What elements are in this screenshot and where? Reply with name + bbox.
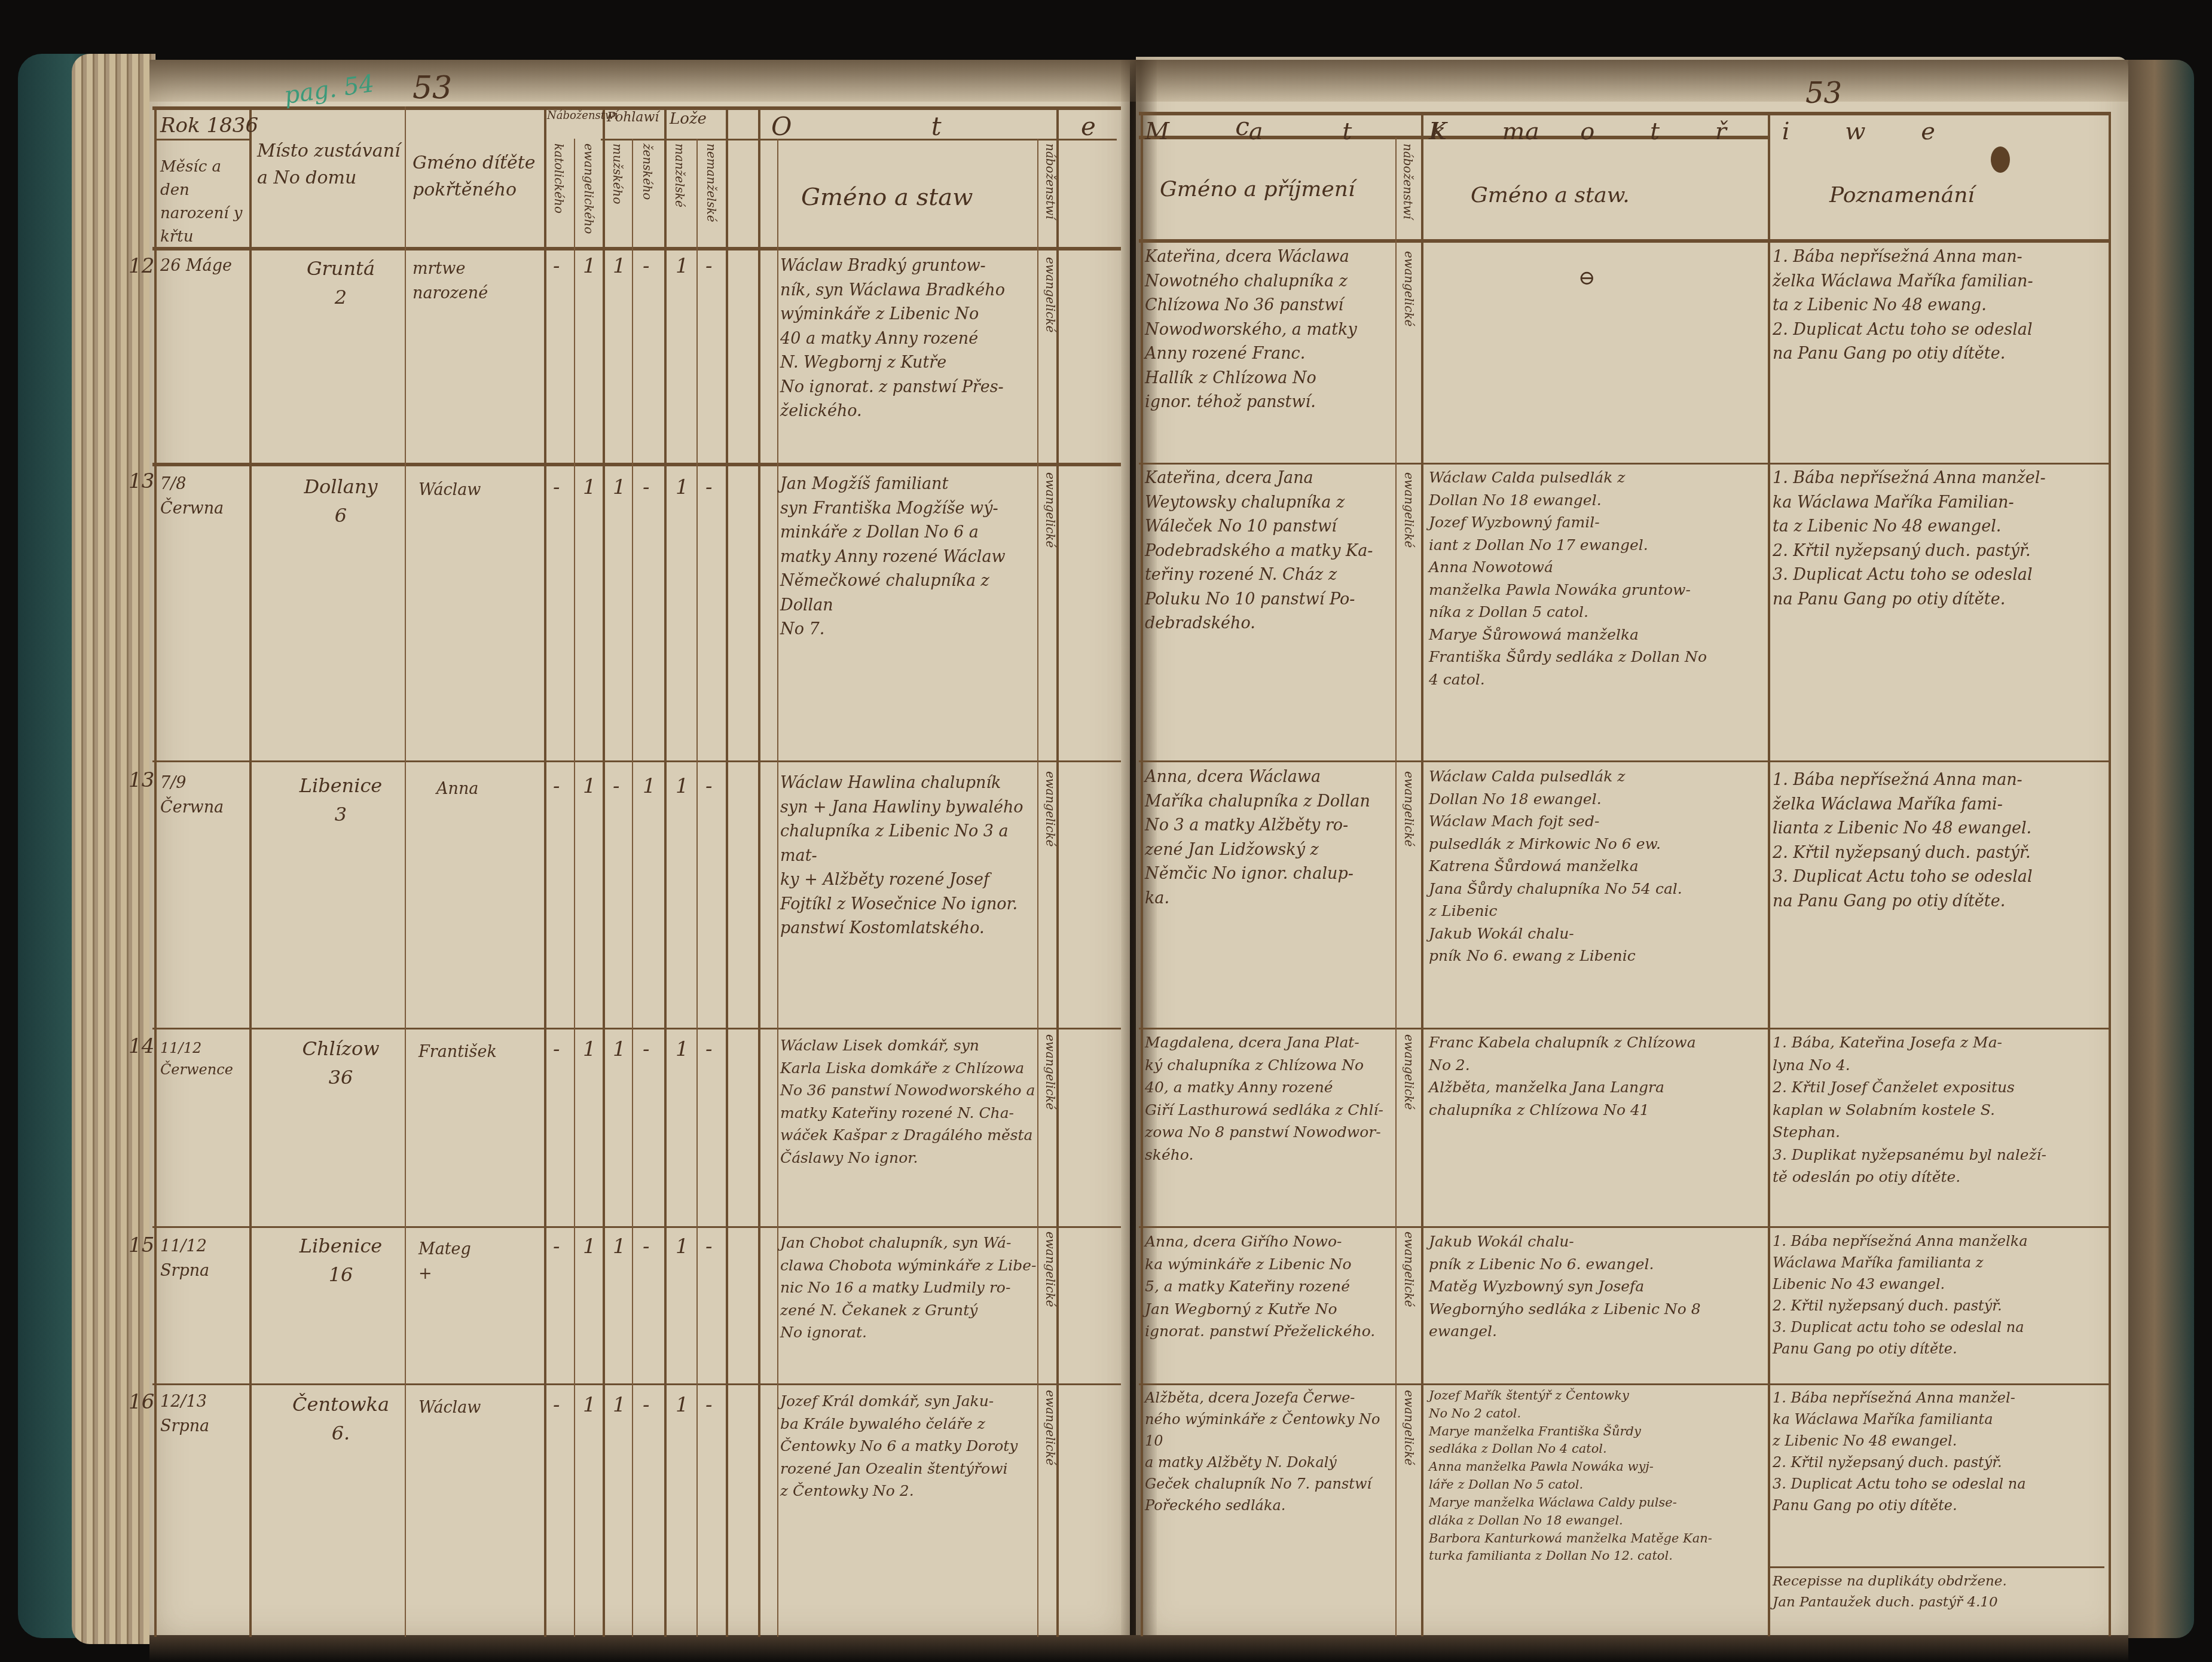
- godparents-entry: Wáclaw Calda pulsedlák z Dollan No 18 ew…: [1429, 466, 1764, 691]
- father-entry: Jozef Král domkář, syn Jaku- ba Krále by…: [780, 1390, 1037, 1502]
- father-entry: Jan Mogžíš familiant syn Františka Mogží…: [780, 472, 1037, 642]
- notes-entry: 1. Bába nepřísežná Anna manželka Wáclawa…: [1773, 1230, 2107, 1359]
- child-name: Anna: [436, 777, 538, 802]
- header-legitimacy: Lože: [670, 108, 707, 131]
- birth-date: 12/13 Srpna: [160, 1390, 247, 1438]
- child-name: František: [418, 1040, 538, 1065]
- tick-male: 1: [613, 472, 626, 503]
- birth-date: 26 Máge: [160, 254, 247, 279]
- bottom-edge: [149, 1635, 2128, 1662]
- godparents-entry: ⊖: [1578, 263, 1596, 294]
- tick-nonmarital: -: [705, 1034, 713, 1065]
- tick-marital: 1: [676, 1034, 689, 1065]
- header-legit-nonmarital: nemanželské: [702, 143, 720, 222]
- notes-entry: 1. Bába nepřísežná Anna manžel- ka Wácla…: [1773, 1387, 2107, 1516]
- tick-female: -: [643, 1390, 650, 1420]
- father-religion: ewangelické: [1041, 1232, 1059, 1307]
- header-sex-male: mužského: [609, 143, 627, 204]
- header-godparents-group: K m o t ř i w e: [1429, 114, 1959, 149]
- father-religion: ewangelické: [1041, 1034, 1059, 1110]
- tick-male: -: [613, 771, 620, 802]
- tick-evangelical: 1: [583, 771, 596, 802]
- book-cover-right: [2128, 60, 2194, 1638]
- mother-entry: Anna, dcera Giřího Nowo- ka wýminkáře z …: [1145, 1230, 1393, 1343]
- tick-evangelical: 1: [583, 472, 596, 503]
- tick-nonmarital: -: [705, 1232, 713, 1262]
- godparents-entry: Jakub Wokál chalu- pník z Libenic No 6. …: [1429, 1230, 1764, 1343]
- house-place: Dollany 6: [287, 472, 395, 530]
- tick-female: -: [643, 251, 650, 282]
- tick-catholic: -: [553, 1232, 560, 1262]
- tick-evangelical: 1: [583, 251, 596, 282]
- mother-religion: ewangelické: [1400, 1390, 1418, 1465]
- mother-entry: Alžběta, dcera Jozefa Čerwe- ného wýmink…: [1145, 1387, 1393, 1516]
- header-child: Gméno díťěte pokřtěného: [413, 149, 538, 203]
- entry-number: 13: [129, 466, 154, 497]
- tick-female: -: [643, 1034, 650, 1065]
- godparents-entry: Franc Kabela chalupník z Chlízowa No 2. …: [1429, 1031, 1764, 1121]
- mother-entry: Kateřina, dcera Jana Weytowsky chalupník…: [1145, 466, 1393, 636]
- entry-number: 15: [129, 1230, 154, 1261]
- tick-female: 1: [643, 771, 656, 802]
- house-place: Chlízow 36: [287, 1034, 395, 1092]
- tick-nonmarital: -: [705, 472, 713, 503]
- mother-entry: Magdalena, dcera Jana Plat- ký chalupník…: [1145, 1031, 1393, 1166]
- tick-marital: 1: [676, 771, 689, 802]
- entry-number: 16: [129, 1387, 154, 1417]
- mother-religion: ewangelické: [1400, 1232, 1418, 1307]
- tick-male: 1: [613, 251, 626, 282]
- header-legit-marital: manželské: [671, 143, 689, 207]
- receipt-note: Recepisse na duplikáty obdržene. Jan Pan…: [1773, 1571, 2107, 1612]
- right-page-number: 53: [1805, 72, 1842, 115]
- notes-entry: 1. Bába nepřísežná Anna man- želka Wácla…: [1773, 768, 2107, 914]
- tick-female: -: [643, 472, 650, 503]
- tick-male: 1: [613, 1232, 626, 1262]
- mother-entry: Anna, dcera Wáclawa Maříka chalupníka z …: [1145, 765, 1393, 911]
- house-place: Gruntá 2: [287, 254, 395, 311]
- child-name: Wáclaw: [418, 478, 538, 503]
- tick-catholic: -: [553, 1034, 560, 1065]
- tick-marital: 1: [676, 251, 689, 282]
- header-date: Měsíc a den narození y křtu: [160, 155, 247, 249]
- tick-evangelical: 1: [583, 1390, 596, 1420]
- tick-male: 1: [613, 1034, 626, 1065]
- entry-number: 12: [129, 251, 154, 282]
- tick-catholic: -: [553, 251, 560, 282]
- header-mother-religion: náboženstwí: [1399, 143, 1417, 219]
- header-father-religion: náboženstwí: [1041, 143, 1059, 219]
- mother-entry: Kateřina, dcera Wáclawa Nowotného chalup…: [1145, 245, 1393, 415]
- tick-female: -: [643, 1232, 650, 1262]
- header-religion-catholic: katolického: [550, 143, 568, 213]
- notes-entry: 1. Bába nepřísežná Anna man- želka Wácla…: [1773, 245, 2107, 366]
- godparents-entry: Wáclaw Calda pulsedlák z Dollan No 18 ew…: [1429, 765, 1764, 967]
- father-entry: Wáclaw Hawlina chalupník syn + Jana Hawl…: [780, 771, 1037, 941]
- header-sex: Pohlawí: [607, 108, 659, 127]
- child-name: mrtwe narozené: [413, 257, 538, 305]
- tick-marital: 1: [676, 1232, 689, 1262]
- father-religion: ewangelické: [1041, 472, 1059, 548]
- header-religion-evangelical: ewangelického: [580, 143, 598, 234]
- header-notes: Poznamenání: [1829, 179, 1975, 212]
- header-house: Místo zustávaní a No domu: [257, 138, 401, 191]
- notes-entry: 1. Bába nepřísežná Anna manžel- ka Wácla…: [1773, 466, 2107, 612]
- birth-date: 11/12 Srpna: [160, 1235, 247, 1283]
- header-father-name: Gméno a staw: [801, 179, 973, 215]
- header-year: Rok 1836: [160, 111, 258, 141]
- entry-number: 13: [129, 765, 154, 796]
- tick-catholic: -: [553, 1390, 560, 1420]
- tick-evangelical: 1: [583, 1034, 596, 1065]
- birth-date: 7/8 Čerwna: [160, 472, 247, 521]
- house-place: Libenice 3: [287, 771, 395, 829]
- child-name: Wáclaw: [418, 1396, 538, 1420]
- header-sex-female: ženského: [638, 143, 656, 200]
- mother-religion: ewangelické: [1400, 1034, 1418, 1110]
- birth-date: 11/12 Čerwence: [160, 1037, 247, 1080]
- tick-catholic: -: [553, 472, 560, 503]
- tick-evangelical: 1: [583, 1232, 596, 1262]
- tick-nonmarital: -: [705, 251, 713, 282]
- mother-religion: ewangelické: [1400, 472, 1418, 548]
- tick-male: 1: [613, 1390, 626, 1420]
- header-godparents-name: Gméno a staw.: [1471, 179, 1630, 212]
- child-name: Mateg +: [418, 1238, 538, 1286]
- header-mother-name: Gméno a příjmení: [1160, 173, 1355, 206]
- ink-blot: [1991, 146, 2010, 173]
- tick-nonmarital: -: [705, 771, 713, 802]
- house-place: Libenice 16: [287, 1232, 395, 1289]
- father-religion: ewangelické: [1041, 257, 1059, 332]
- tick-marital: 1: [676, 1390, 689, 1420]
- entry-number: 14: [129, 1031, 154, 1062]
- mother-religion: ewangelické: [1400, 771, 1418, 847]
- father-entry: Wáclaw Bradký gruntow- ník, syn Wáclawa …: [780, 254, 1037, 424]
- tick-marital: 1: [676, 472, 689, 503]
- tick-catholic: -: [553, 771, 560, 802]
- notes-entry: 1. Bába, Kateřina Josefa z Ma- lyna No 4…: [1773, 1031, 2107, 1189]
- birth-date: 7/9 Čerwna: [160, 771, 247, 820]
- left-page-number: 53: [413, 65, 452, 111]
- godparents-entry: Jozef Mařík štentýř z Čentowky No No 2 c…: [1429, 1387, 1764, 1565]
- father-religion: ewangelické: [1041, 1390, 1059, 1465]
- mother-religion: ewangelické: [1400, 251, 1418, 326]
- tick-nonmarital: -: [705, 1390, 713, 1420]
- father-entry: Jan Chobot chalupník, syn Wá- clawa Chob…: [780, 1232, 1037, 1344]
- father-entry: Wáclaw Lisek domkář, syn Karla Liska dom…: [780, 1034, 1037, 1169]
- father-religion: ewangelické: [1041, 771, 1059, 847]
- house-place: Čentowka 6.: [287, 1390, 395, 1447]
